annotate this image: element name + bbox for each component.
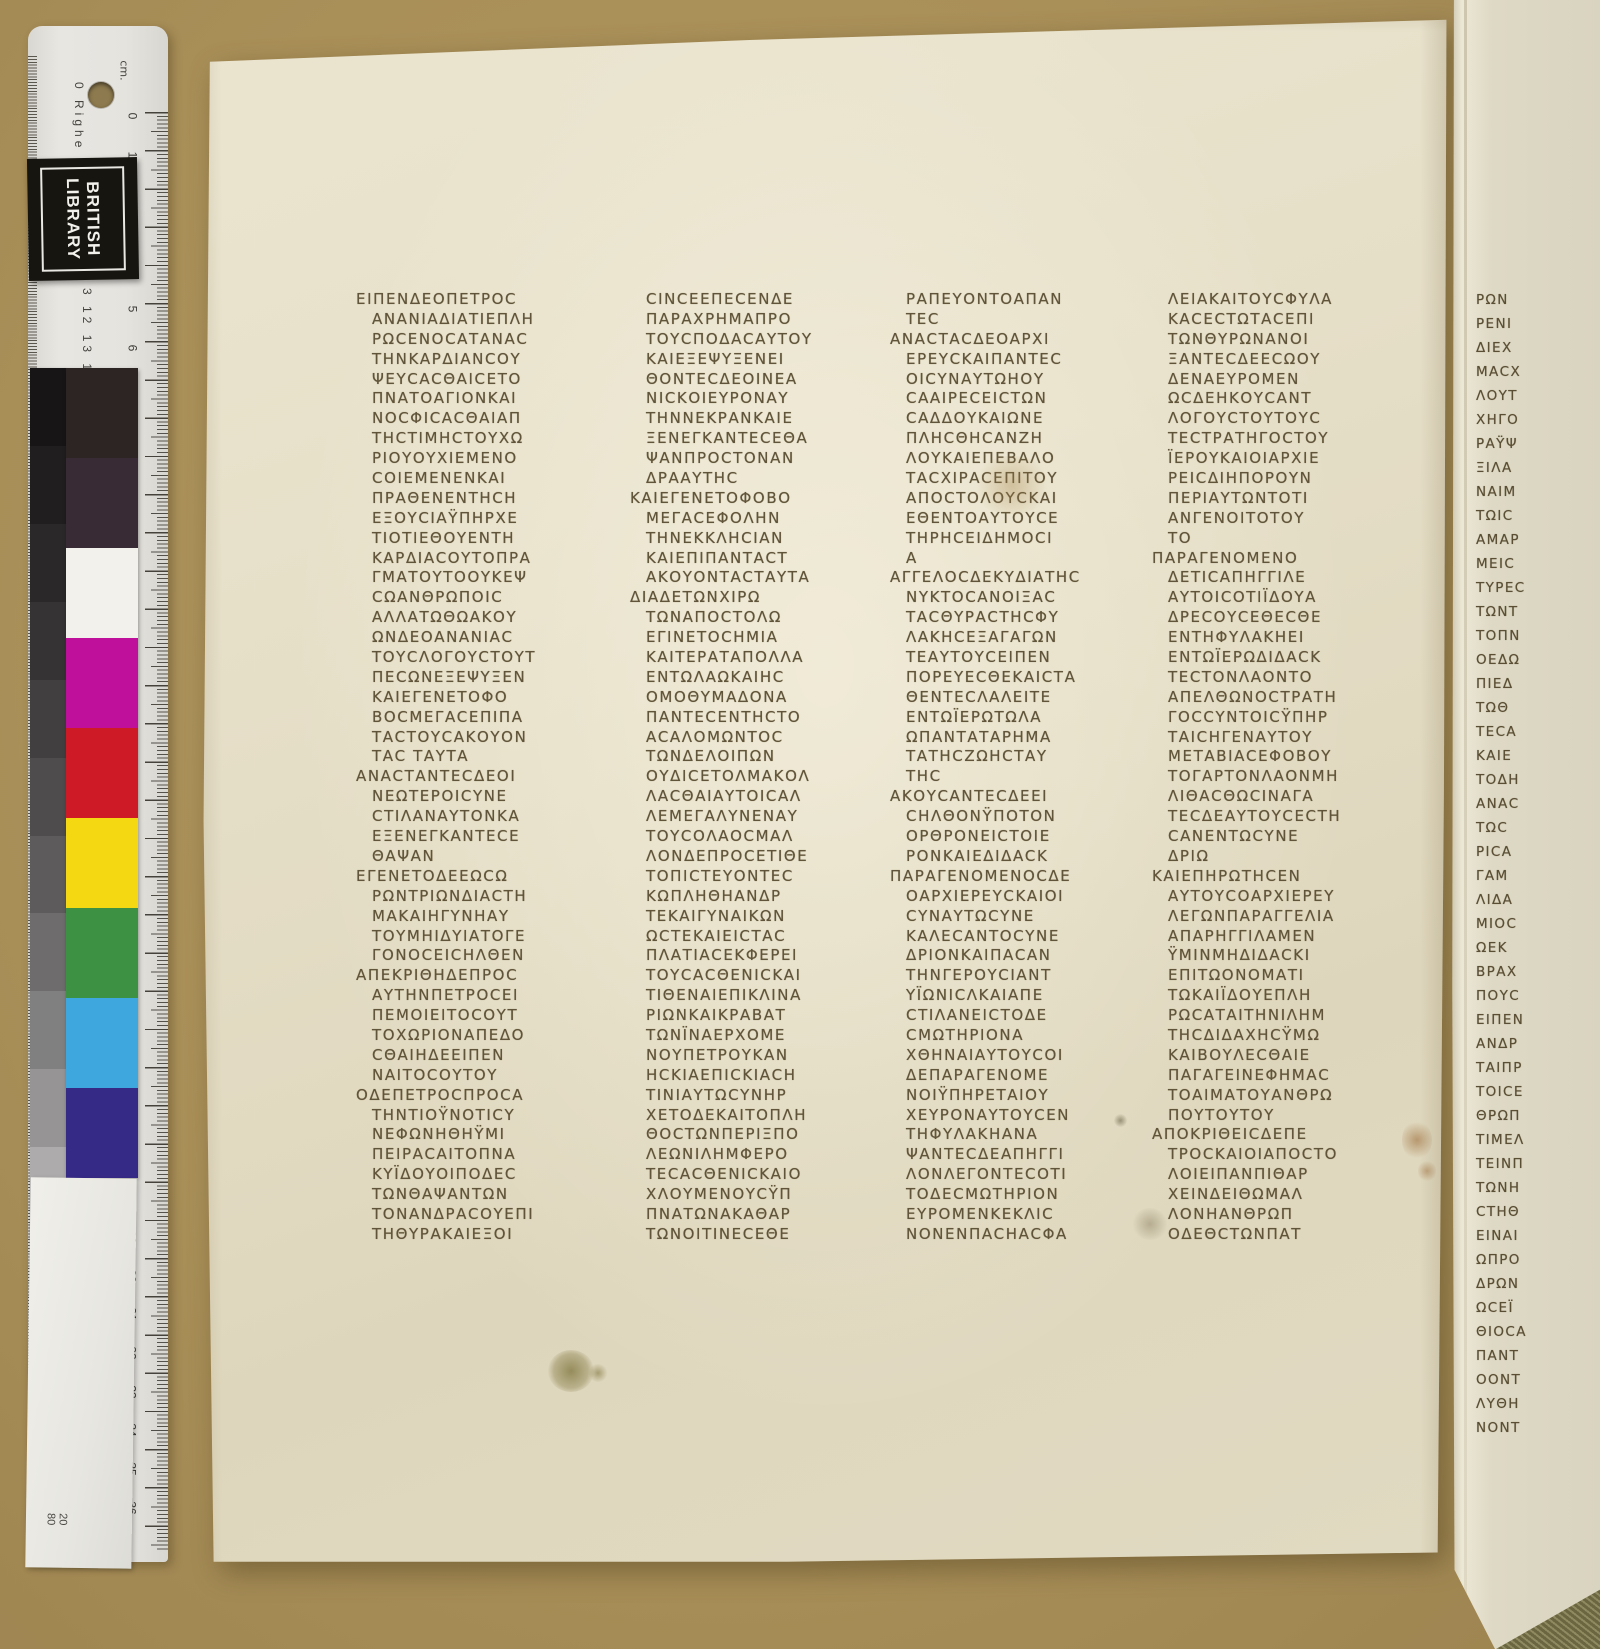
text-line: ΠΡΑΘΕΝΕΝΤΗϹΗ [372, 489, 624, 509]
facing-text-line: ΤΕϹΑ [1476, 720, 1527, 744]
text-line: ΠΝΑΤΟΑΓΙΟΝΚΑΙ [372, 389, 624, 409]
facing-text-line: ΠΑΝΤ [1476, 1344, 1527, 1368]
text-line: ΠΕΡΙΑΥΤΩΝΤΟΤΙ [1168, 489, 1420, 509]
text-line: ΠΑΡΑΧΡΗΜΑΠΡΟ [646, 310, 898, 330]
text-line: ΑΥΤΟΥϹΟΑΡΧΙΕΡΕΥ [1168, 887, 1420, 907]
text-line: ΤΑϹΤΟΥϹΑΚΟΥΟΝ [372, 728, 624, 748]
text-line: ΗϹΚΙΑΕΠΙϹΚΙΑϹΗ [646, 1066, 898, 1086]
text-line: ϹΗΛΘΟΝΫΠΟΤΟΝ [906, 807, 1158, 827]
text-line: ΤΟΠΙϹΤΕΥΟΝΤΕϹ [646, 867, 898, 887]
text-line: ΚΑΙΤΕΡΑΤΑΠΟΛΛΑ [646, 648, 898, 668]
british-library-label: BRITISH LIBRARY [27, 157, 139, 281]
text-line: ΤΩΝΔΕΛΟΙΠΩΝ [646, 747, 898, 767]
text-line: ΑΝΑϹΤΑϹΔΕΟΑΡΧΙ [890, 330, 1158, 350]
text-line: ΤΗϹΔΙΔΑΧΗϹΫΜΩ [1168, 1026, 1420, 1046]
facing-page: ΡΩΝΡΕΝΙΔΙΕΧΜΑϹΧΛΟΥΤΧΗΓΟΡΑΫΨΞΙΛΑΝΑΙΜΤΩΙϹΑ… [1450, 0, 1600, 1649]
ruler-cm-ticks [145, 112, 168, 1550]
text-line: ΩΠΑΝΤΑΤΑΡΗΜΑ [906, 728, 1158, 748]
text-line: ΕΝΤΗΦΥΛΑΚΗΕΙ [1168, 628, 1420, 648]
text-line: ΧΘΗΝΑΙΑΥΤΟΥϹΟΙ [906, 1046, 1158, 1066]
manuscript-photo: { "photo": { "backdrop_color": "#a98f58"… [0, 0, 1600, 1649]
facing-text-line: ΟΕΔΩ [1476, 648, 1527, 672]
facing-text-line: ΤΟΙϹΕ [1476, 1080, 1527, 1104]
text-line: ΤΕϹΤΟΝΛΑΟΝΤΟ [1168, 668, 1420, 688]
text-line: ΧΕΙΝΔΕΙΘΩΜΑΛ [1168, 1185, 1420, 1205]
text-line: ΨΑΝΤΕϹΔΕΑΠΗΓΓΙ [906, 1145, 1158, 1165]
text-line: ΘΟΝΤΕϹΔΕΟΙΝΕΑ [646, 370, 898, 390]
text-line: ΟΜΟΘΥΜΑΔΟΝΑ [646, 688, 898, 708]
text-line: ΠΑΓΑΓΕΙΝΕΦΗΜΑϹ [1168, 1066, 1420, 1086]
facing-text-line: ΩΠΡΟ [1476, 1248, 1527, 1272]
text-line: ΠΟΥΤΟΥΤΟΥ [1168, 1106, 1420, 1126]
text-line: ΛΕΩΝΙΛΗΜΦΕΡΟ [646, 1145, 898, 1165]
text-line: ΟΡΘΡΟΝΕΙϹΤΟΙΕ [906, 827, 1158, 847]
text-line: ΤΟΑΙΜΑΤΟΥΑΝΘΡΩ [1168, 1086, 1420, 1106]
text-line: ΠΕϹΩΝΕΞΕΨΥΞΕΝ [372, 668, 624, 688]
text-line: ΜΑΚΑΙΗΓΥΝΗΑΥ [372, 907, 624, 927]
grayscale-step [30, 368, 66, 446]
text-line: ΚΑΡΔΙΑϹΟΥΤΟΠΡΑ [372, 549, 624, 569]
text-line: ΤΗϹ [906, 767, 1158, 787]
text-line: ΠΛΑΤΙΑϹΕΚΦΕΡΕΙ [646, 946, 898, 966]
text-line: ΝΕΦΩΝΗΘΗΫΜΙ [372, 1125, 624, 1145]
white-card: 20 80 [25, 1177, 136, 1568]
text-line: ΚΑΙΕΓΕΝΕΤΟΦΟ [372, 688, 624, 708]
text-line: ΕΞΕΝΕΓΚΑΝΤΕϹΕ [372, 827, 624, 847]
text-line: ΕΘΕΝΤΟΑΥΤΟΥϹΕ [906, 509, 1158, 529]
text-line: ΝΕΩΤΕΡΟΙϹΥΝΕ [372, 787, 624, 807]
text-line: ΩϹΔΕΗΚΟΥϹΑΝΤ [1168, 389, 1420, 409]
facing-text-line: ΜΑϹΧ [1476, 360, 1527, 384]
text-column-1: ΕΙΠΕΝΔΕΟΠΕΤΡΟϹΑΝΑΝΙΑΔΙΑΤΙΕΠΛΗΡΩϹΕΝΟϹΑΤΑΝ… [372, 290, 624, 1245]
card-label-20: 20 [56, 1513, 68, 1525]
text-line: ΓΟϹϹΥΝΤΟΙϹΫΠΗΡ [1168, 708, 1420, 728]
text-line: ΥΪΩΝΙϹΛΚΑΙΑΠΕ [906, 986, 1158, 1006]
british-library-line1: BRITISH [82, 178, 103, 260]
facing-text-line: ΡΑΫΨ [1476, 432, 1527, 456]
text-line: ΔΙΑΔΕΤΩΝΧΙΡΩ [630, 588, 898, 608]
text-line: ΡΙΟΥΟΥΧΙΕΜΕΝΟ [372, 449, 624, 469]
facing-text-line: ΜΕΙϹ [1476, 552, 1527, 576]
text-line: ϹΘΑΙΗΔΕΕΙΠΕΝ [372, 1046, 624, 1066]
facing-text-line: ΔΙΕΧ [1476, 336, 1527, 360]
text-line: ΕΓΕΝΕΤΟΔΕΕΩϹΩ [356, 867, 624, 887]
text-line: ΤΕϹΤΡΑΤΗΓΟϹΤΟΥ [1168, 429, 1420, 449]
facing-text-line: ΤΟΔΗ [1476, 768, 1527, 792]
ruler-cm-number: 5 [126, 306, 138, 313]
text-line: ϹΜΩΤΗΡΙΟΝΑ [906, 1026, 1158, 1046]
text-line: ΠΛΗϹΘΗϹΑΝΖΗ [906, 429, 1158, 449]
text-line: ΑΥΤΟΙϹΟΤΙΪΔΟΥΑ [1168, 588, 1420, 608]
text-line: ΤΕϹΔΕΑΥΤΟΥϹΕϹΤΗ [1168, 807, 1420, 827]
text-line: Α [906, 549, 1158, 569]
facing-text-line: ΘΡΩΠ [1476, 1104, 1527, 1128]
text-line: ΕΙΠΕΝΔΕΟΠΕΤΡΟϹ [356, 290, 624, 310]
text-line: ΑϹΑΛΟΜΩΝΤΟϹ [646, 728, 898, 748]
text-line: ΛΙΘΑϹΘΩϹΙΝΑΓΑ [1168, 787, 1420, 807]
ink-stain [1132, 1208, 1168, 1240]
text-line: ΚΑΛΕϹΑΝΤΟϹΥΝΕ [906, 927, 1158, 947]
text-line: ϹΟΙΕΜΕΝΕΝΚΑΙ [372, 469, 624, 489]
facing-text-line: ΒΡΑΧ [1476, 960, 1527, 984]
card-label-80: 80 [44, 1513, 56, 1525]
facing-text-line: ΡΙϹΑ [1476, 840, 1527, 864]
text-line: ΤΙΝΙΑΥΤΩϹΥΝΗΡ [646, 1086, 898, 1106]
facing-text-line: ΤΩΙϹ [1476, 504, 1527, 528]
text-line: ΤΟΔΕϹΜΩΤΗΡΙΟΝ [906, 1185, 1158, 1205]
facing-text-line: ΑΜΑΡ [1476, 528, 1527, 552]
text-line: ΤΗΝΚΑΡΔΙΑΝϹΟΥ [372, 350, 624, 370]
color-patch [66, 368, 138, 458]
facing-text-line: ΩΕΚ [1476, 936, 1527, 960]
text-line: ΔΡΕϹΟΥϹΕΘΕϹΘΕ [1168, 608, 1420, 628]
facing-text-line: ΓΑΜ [1476, 864, 1527, 888]
text-line: ΝΑΙΤΟϹΟΥΤΟΥ [372, 1066, 624, 1086]
facing-text-line: ΠΟΥϹ [1476, 984, 1527, 1008]
color-patch [66, 638, 138, 728]
grayscale-step [30, 680, 66, 758]
text-line: ΤΟΓΑΡΤΟΝΛΑΟΝΜΗ [1168, 767, 1420, 787]
text-line: ϹΤΙΛΑΝΑΥΤΟΝΚΑ [372, 807, 624, 827]
text-line: ΑΝΓΕΝΟΙΤΟΤΟΥ [1168, 509, 1420, 529]
text-line: ΚΥΪΔΟΥΟΙΠΟΔΕϹ [372, 1165, 624, 1185]
text-line: ΛΟΙΕΙΠΑΝΠΙΘΑΡ [1168, 1165, 1420, 1185]
text-line: ΑΛΛΑΤΩΘΩΑΚΟΥ [372, 608, 624, 628]
text-line: ΡΑΠΕΥΟΝΤΟΑΠΑΝ [906, 290, 1158, 310]
text-line: ΤΑϹΘΥΡΑϹΤΗϹΦΥ [906, 608, 1158, 628]
text-line: ΤΗΝΤΙΟΫΝΟΤΙϹΥ [372, 1106, 624, 1126]
text-line: ΔΡΑΑΥΤΗϹ [646, 469, 898, 489]
text-line: ΝΙϹΚΟΙΕΥΡΟΝΑΥ [646, 389, 898, 409]
text-line: ΛΟΝΛΕΓΟΝΤΕϹΟΤΙ [906, 1165, 1158, 1185]
text-line: ΝΟϹΦΙϹΑϹΘΑΙΑΠ [372, 409, 624, 429]
text-line: ϹΑΝΕΝΤΩϹΥΝΕ [1168, 827, 1420, 847]
text-line: ΛΟΥΚΑΙΕΠΕΒΑΛΟ [906, 449, 1158, 469]
text-line: ΤΟΥΜΗΙΔΥΙΑΤΟΓΕ [372, 927, 624, 947]
facing-text-line: ΤΙΜΕΛ [1476, 1128, 1527, 1152]
text-line: ΛΟΝΔΕΠΡΟϹΕΤΙΘΕ [646, 847, 898, 867]
text-line: ΫΜΙΝΜΗΔΙΔΑϹΚΙ [1168, 946, 1420, 966]
text-line: ΩΝΔΕΟΑΝΑΝΙΑϹ [372, 628, 624, 648]
text-line: ΚΩΠΛΗΘΗΑΝΔΡ [646, 887, 898, 907]
text-line: ΓΟΝΟϹΕΙϹΗΛΘΕΝ [372, 946, 624, 966]
facing-text-line: ΝΑΙΜ [1476, 480, 1527, 504]
text-line: ΤΟΝΑΝΔΡΑϹΟΥΕΠΙ [372, 1205, 624, 1225]
color-patch-strip [66, 368, 138, 1178]
text-line: ΡΩΝΤΡΙΩΝΔΙΑϹΤΗ [372, 887, 624, 907]
text-line: ΑΝΑϹΤΑΝΤΕϹΔΕΟΙ [356, 767, 624, 787]
text-line: ΛΑϹΘΑΙΑΥΤΟΙϹΑΛ [646, 787, 898, 807]
text-line: ΤΑϹ ΤΑΥΤΑ [372, 747, 624, 767]
ink-stain [588, 1364, 608, 1382]
text-line: ΠΕΜΟΙΕΙΤΟϹΟΥΤ [372, 1006, 624, 1026]
text-line: ΪΕΡΟΥΚΑΙΟΙΑΡΧΙΕ [1168, 449, 1420, 469]
facing-text-line: ΤΩΝΤ [1476, 600, 1527, 624]
text-line: ΕΞΟΥϹΙΑΫΠΗΡΧΕ [372, 509, 624, 529]
text-line: ΤΟΥϹΠΟΔΑϹΑΥΤΟΥ [646, 330, 898, 350]
text-line: ΤΟ [1168, 529, 1420, 549]
text-line: ΔΕΤΙϹΑΠΗΓΓΙΛΕ [1168, 568, 1420, 588]
text-line: ΡΟΝΚΑΙΕΔΙΔΑϹΚ [906, 847, 1158, 867]
facing-text-line: ΔΡΩΝ [1476, 1272, 1527, 1296]
text-line: ΜΕΓΑϹΕΦΟΛΗΝ [646, 509, 898, 529]
text-line: ΑΓΓΕΛΟϹΔΕΚΥΔΙΑΤΗϹ [890, 568, 1158, 588]
text-line: ΒΟϹΜΕΓΑϹΕΠΙΠΑ [372, 708, 624, 728]
text-line: ΟΔΕΘϹΤΩΝΠΑΤ [1168, 1225, 1420, 1245]
text-line: ΚΑΙΒΟΥΛΕϹΘΑΙΕ [1168, 1046, 1420, 1066]
text-line: ΝΟΝΕΝΠΑϹΗΑϹΦΑ [906, 1225, 1158, 1245]
color-patch [66, 458, 138, 548]
text-line: ΕΠΙΤΩΟΝΟΜΑΤΙ [1168, 966, 1420, 986]
text-line: ϹΑΑΙΡΕϹΕΙϹΤΩΝ [906, 389, 1158, 409]
text-line: ΡΙΩΝΚΑΙΚΡΑΒΑΤ [646, 1006, 898, 1026]
facing-text-line: ΡΩΝ [1476, 288, 1527, 312]
manuscript-page: ΕΙΠΕΝΔΕΟΠΕΤΡΟϹΑΝΑΝΙΑΔΙΑΤΙΕΠΛΗΡΩϹΕΝΟϹΑΤΑΝ… [196, 12, 1454, 1568]
text-line: ΤΗΦΥΛΑΚΗΑΝΑ [906, 1125, 1158, 1145]
ink-stain [548, 1350, 594, 1392]
text-line: ΕΥΡΟΜΕΝΚΕΚΛΙϹ [906, 1205, 1158, 1225]
grayscale-step [30, 524, 66, 602]
text-column-2: ϹΙΝϹΕΕΠΕϹΕΝΔΕΠΑΡΑΧΡΗΜΑΠΡΟΤΟΥϹΠΟΔΑϹΑΥΤΟΥΚ… [646, 290, 898, 1245]
text-line: ΤΑϹΧΙΡΑϹΕΠΙΤΟΥ [906, 469, 1158, 489]
text-line: ΤΩΝΘΥΡΩΝΑΝΟΙ [1168, 330, 1420, 350]
ruler-hole [88, 82, 114, 108]
facing-text-line: ϹΤΗΘ [1476, 1200, 1527, 1224]
text-line: ΚΑϹΕϹΤΩΤΑϹΕΠΙ [1168, 310, 1420, 330]
facing-text-line: ΤΩϹ [1476, 816, 1527, 840]
text-line: ΤΗΝΓΕΡΟΥϹΙΑΝΤ [906, 966, 1158, 986]
text-line: ΔΡΙΟΝΚΑΙΠΑϹΑΝ [906, 946, 1158, 966]
text-line: ΛΕΜΕΓΑΛΥΝΕΝΑΥ [646, 807, 898, 827]
facing-text-line: ΟΟΝΤ [1476, 1368, 1527, 1392]
facing-text-line: ΕΙΝΑΙ [1476, 1224, 1527, 1248]
ruler-minor-ticks [157, 112, 168, 1550]
text-line: ΕΝΤΩΪΕΡΩΤΩΛΑ [906, 708, 1158, 728]
text-line: ΤΟΥϹΑϹΘΕΝΙϹΚΑΙ [646, 966, 898, 986]
color-patch [66, 1088, 138, 1178]
text-line: ΤΗΘΥΡΑΚΑΙΕΞΟΙ [372, 1225, 624, 1245]
color-patch [66, 728, 138, 818]
british-library-line2: LIBRARY [63, 178, 84, 260]
text-line: ΑΠΕΛΘΩΝΟϹΤΡΑΤΗ [1168, 688, 1420, 708]
text-line: ΚΑΙΕΓΕΝΕΤΟΦΟΒΟ [630, 489, 898, 509]
text-line: ΑΠΟϹΤΟΛΟΥϹΚΑΙ [906, 489, 1158, 509]
text-line: ΕΓΙΝΕΤΟϹΗΜΙΑ [646, 628, 898, 648]
text-line: ΑΠΑΡΗΓΓΙΛΑΜΕΝ [1168, 927, 1420, 947]
ink-stain [1418, 1160, 1436, 1182]
text-line: ΔΕΝΑΕΥΡΟΜΕΝ [1168, 370, 1420, 390]
text-line: ΨΕΥϹΑϹΘΑΙϹΕΤΟ [372, 370, 624, 390]
facing-text-line: ΛΥΘΗ [1476, 1392, 1527, 1416]
text-line: ϹΩΑΝΘΡΩΠΟΙϹ [372, 588, 624, 608]
ruler-half-ticks [151, 112, 168, 1550]
grayscale-step [30, 1069, 66, 1147]
facing-text-line: ΡΕΝΙ [1476, 312, 1527, 336]
text-line: ΤΟΥϹΛΟΓΟΥϹΤΟΥΤ [372, 648, 624, 668]
facing-text-line: ΛΙΔΑ [1476, 888, 1527, 912]
grayscale-strip [30, 368, 66, 1303]
text-line: ΤΩΚΑΙΪΔΟΥΕΠΛΗ [1168, 986, 1420, 1006]
text-line: ΑΝΑΝΙΑΔΙΑΤΙΕΠΛΗ [372, 310, 624, 330]
text-line: ΤΕϹ [906, 310, 1158, 330]
grayscale-step [30, 602, 66, 680]
text-line: ΠΕΙΡΑϹΑΙΤΟΠΝΑ [372, 1145, 624, 1165]
ruler-unit-label: cm. [117, 60, 130, 80]
ink-stain [1402, 1120, 1432, 1160]
text-line: ΤΩΝΪΝΑΕΡΧΟΜΕ [646, 1026, 898, 1046]
text-line: ΔΕΠΑΡΑΓΕΝΟΜΕ [906, 1066, 1158, 1086]
card-bottom-label: 20 80 [44, 1513, 67, 1526]
text-line: ΞΕΝΕΓΚΑΝΤΕϹΕΘΑ [646, 429, 898, 449]
text-line: ΚΑΙΕΠΗΡΩΤΗϹΕΝ [1152, 867, 1420, 887]
facing-text-line: ΜΙΟϹ [1476, 912, 1527, 936]
text-column-3: ΡΑΠΕΥΟΝΤΟΑΠΑΝΤΕϹΑΝΑϹΤΑϹΔΕΟΑΡΧΙΕΡΕΥϹΚΑΙΠΑ… [906, 290, 1158, 1245]
text-line: ϹΑΔΔΟΥΚΑΙΩΝΕ [906, 409, 1158, 429]
facing-text-line: ΤΥΡΕϹ [1476, 576, 1527, 600]
facing-page-text-column: ΡΩΝΡΕΝΙΔΙΕΧΜΑϹΧΛΟΥΤΧΗΓΟΡΑΫΨΞΙΛΑΝΑΙΜΤΩΙϹΑ… [1476, 288, 1527, 1440]
facing-text-line: ΤΩΝΗ [1476, 1176, 1527, 1200]
text-line: ΓΜΑΤΟΥΤΟΟΥΚΕΨ [372, 568, 624, 588]
text-line: ΘΟϹΤΩΝΠΕΡΙΞΠΟ [646, 1125, 898, 1145]
facing-text-line: ΞΙΛΑ [1476, 456, 1527, 480]
facing-text-line: ΕΙΠΕΝ [1476, 1008, 1527, 1032]
text-line: ΧΕΥΡΟΝΑΥΤΟΥϹΕΝ [906, 1106, 1158, 1126]
british-library-label-text: BRITISH LIBRARY [63, 178, 104, 261]
facing-text-line: ΩϹΕΪ [1476, 1296, 1527, 1320]
text-line: ΠΝΑΤΩΝΑΚΑΘΑΡ [646, 1205, 898, 1225]
text-line: ΤΩΝΑΠΟϹΤΟΛΩ [646, 608, 898, 628]
grayscale-step [30, 446, 66, 524]
facing-text-line: ΤΟΠΝ [1476, 624, 1527, 648]
color-patch [66, 908, 138, 998]
text-line: ΤΑΤΗϹΖΩΗϹΤΑΥ [906, 747, 1158, 767]
text-line: ΚΑΙΕΞΕΨΥΞΕΝΕΙ [646, 350, 898, 370]
facing-text-line: ΧΗΓΟ [1476, 408, 1527, 432]
text-line: ΚΑΙΕΠΙΠΑΝΤΑϹΤ [646, 549, 898, 569]
text-line: ϹΥΝΑΥΤΩϹΥΝΕ [906, 907, 1158, 927]
text-line: ΝΥΚΤΟϹΑΝΟΙΞΑϹ [906, 588, 1158, 608]
grayscale-step [30, 836, 66, 914]
text-line: ΠΑΡΑΓΕΝΟΜΕΝΟ [1152, 549, 1420, 569]
ruler-cm-number: 0 [126, 113, 138, 120]
ink-stain [1114, 1114, 1127, 1127]
text-line: ΤΙΘΕΝΑΙΕΠΙΚΛΙΝΑ [646, 986, 898, 1006]
facing-text-line: ΤΑΙΠΡ [1476, 1056, 1527, 1080]
facing-text-line: ΤΕΙΝΠ [1476, 1152, 1527, 1176]
text-line: ΤΗΝΝΕΚΡΑΝΚΑΙΕ [646, 409, 898, 429]
text-line: ϹΤΙΛΑΝΕΙϹΤΟΔΕ [906, 1006, 1158, 1026]
text-line: ΤΑΙϹΗΓΕΝΑΥΤΟΥ [1168, 728, 1420, 748]
text-line: ΤΗΡΗϹΕΙΔΗΜΟϹΙ [906, 529, 1158, 549]
facing-text-line: ΑΝΔΡ [1476, 1032, 1527, 1056]
text-line: ΑΠΕΚΡΙΘΗΔΕΠΡΟϹ [356, 966, 624, 986]
text-line: ΠΑΝΤΕϹΕΝΤΗϹΤΟ [646, 708, 898, 728]
text-line: ΤΗϹΤΙΜΗϹΤΟΥΧΩ [372, 429, 624, 449]
text-line: ΡΩϹΕΝΟϹΑΤΑΝΑϹ [372, 330, 624, 350]
text-line: ΤΩΝΘΑΨΑΝΤΩΝ [372, 1185, 624, 1205]
text-line: ΤΕΑΥΤΟΥϹΕΙΠΕΝ [906, 648, 1158, 668]
color-patch [66, 818, 138, 908]
facing-text-line: ΚΑΙΕ [1476, 744, 1527, 768]
text-line: ΟΥΔΙϹΕΤΟΛΜΑΚΟΛ [646, 767, 898, 787]
grayscale-step [30, 991, 66, 1069]
text-line: ΤΟΧΩΡΙΟΝΑΠΕΔΟ [372, 1026, 624, 1046]
text-line: ΕΡΕΥϹΚΑΙΠΑΝΤΕϹ [906, 350, 1158, 370]
text-line: ΩϹΤΕΚΑΙΕΙϹΤΑϹ [646, 927, 898, 947]
text-line: ΡΕΙϹΔΙΗΠΟΡΟΥΝ [1168, 469, 1420, 489]
text-line: ΝΟΥΠΕΤΡΟΥΚΑΝ [646, 1046, 898, 1066]
text-line: ΨΑΝΠΡΟϹΤΟΝΑΝ [646, 449, 898, 469]
text-line: ΑΚΟΥΟΝΤΑϹΤΑΥΤΑ [646, 568, 898, 588]
text-line: ΑΠΟΚΡΙΘΕΙϹΔΕΠΕ [1152, 1125, 1420, 1145]
color-patch [66, 548, 138, 638]
text-line: ΟΔΕΠΕΤΡΟϹΠΡΟϹΑ [356, 1086, 624, 1106]
text-line: ΝΟΙΫΠΗΡΕΤΑΙΟΥ [906, 1086, 1158, 1106]
text-line: ΤΩΝΟΙΤΙΝΕϹΕΘΕ [646, 1225, 898, 1245]
text-line: ΤΗΝΕΚΚΛΗϹΙΑΝ [646, 529, 898, 549]
text-line: ΠΑΡΑΓΕΝΟΜΕΝΟϹΔΕ [890, 867, 1158, 887]
text-line: ΤΕΚΑΙΓΥΝΑΙΚΩΝ [646, 907, 898, 927]
text-line: ΘΕΝΤΕϹΛΑΛΕΙΤΕ [906, 688, 1158, 708]
text-line: ΟΙϹΥΝΑΥΤΩΗΟΥ [906, 370, 1158, 390]
facing-text-line: ΤΩΘ [1476, 696, 1527, 720]
parchment-surface: ΕΙΠΕΝΔΕΟΠΕΤΡΟϹΑΝΑΝΙΑΔΙΑΤΙΕΠΛΗΡΩϹΕΝΟϹΑΤΑΝ… [196, 12, 1454, 1568]
text-line: ΘΑΨΑΝ [372, 847, 624, 867]
facing-text-line: ΠΙΕΔ [1476, 672, 1527, 696]
text-line: ΑΚΟΥϹΑΝΤΕϹΔΕΕΙ [890, 787, 1158, 807]
text-line: ΛΟΓΟΥϹΤΟΥΤΟΥϹ [1168, 409, 1420, 429]
text-line: ΧΕΤΟΔΕΚΑΙΤΟΠΛΗ [646, 1106, 898, 1126]
text-line: ΞΑΝΤΕϹΔΕΕϹΩΟΥ [1168, 350, 1420, 370]
facing-text-line: ΛΟΥΤ [1476, 384, 1527, 408]
text-line: ϹΙΝϹΕΕΠΕϹΕΝΔΕ [646, 290, 898, 310]
text-line: ΤΕϹΑϹΘΕΝΙϹΚΑΙΟ [646, 1165, 898, 1185]
text-line: ΕΝΤΩΛΑΩΚΑΙΗϹ [646, 668, 898, 688]
text-line: ΧΛΟΥΜΕΝΟΥϹΫΠ [646, 1185, 898, 1205]
text-line: ΤΡΟϹΚΑΙΟΙΑΠΟϹΤΟ [1168, 1145, 1420, 1165]
text-line: ΠΟΡΕΥΕϹΘΕΚΑΙϹΤΑ [906, 668, 1158, 688]
ink-stain [970, 456, 1054, 514]
ruler-cm-number: 6 [126, 345, 138, 352]
facing-text-line: ΘΙΟϹΑ [1476, 1320, 1527, 1344]
text-column-4: ΛΕΙΑΚΑΙΤΟΥϹΦΥΛΑΚΑϹΕϹΤΩΤΑϹΕΠΙΤΩΝΘΥΡΩΝΑΝΟΙ… [1168, 290, 1420, 1245]
text-line: ΟΑΡΧΙΕΡΕΥϹΚΑΙΟΙ [906, 887, 1158, 907]
facing-text-line: ΝΟΝΤ [1476, 1416, 1527, 1440]
text-line: ΛΕΙΑΚΑΙΤΟΥϹΦΥΛΑ [1168, 290, 1420, 310]
text-line: ΛΑΚΗϹΕΞΑΓΑΓΩΝ [906, 628, 1158, 648]
text-line: ΜΕΤΑΒΙΑϹΕΦΟΒΟΥ [1168, 747, 1420, 767]
text-line: ΛΕΓΩΝΠΑΡΑΓΓΕΛΙΑ [1168, 907, 1420, 927]
text-line: ΛΟΝΗΑΝΘΡΩΠ [1168, 1205, 1420, 1225]
text-line: ΡΩϹΑΤΑΙΤΗΝΙΛΗΜ [1168, 1006, 1420, 1026]
text-line: ΑΥΤΗΝΠΕΤΡΟϹΕΙ [372, 986, 624, 1006]
text-line: ΕΝΤΩΪΕΡΩΔΙΔΑϹΚ [1168, 648, 1420, 668]
color-patch [66, 998, 138, 1088]
calibration-ruler: cm. 0 Righe Tip. 1 2 3 4 3 12 13 14 15 1… [28, 26, 168, 1562]
grayscale-step [30, 758, 66, 836]
text-line: ΔΡΙΩ [1168, 847, 1420, 867]
text-line: ΤΙΟΤΙΕΘΟΥΕΝΤΗ [372, 529, 624, 549]
grayscale-step [30, 913, 66, 991]
text-line: ΤΟΥϹΟΛΑΟϹΜΑΛ [646, 827, 898, 847]
facing-text-line: ΑΝΑϹ [1476, 792, 1527, 816]
